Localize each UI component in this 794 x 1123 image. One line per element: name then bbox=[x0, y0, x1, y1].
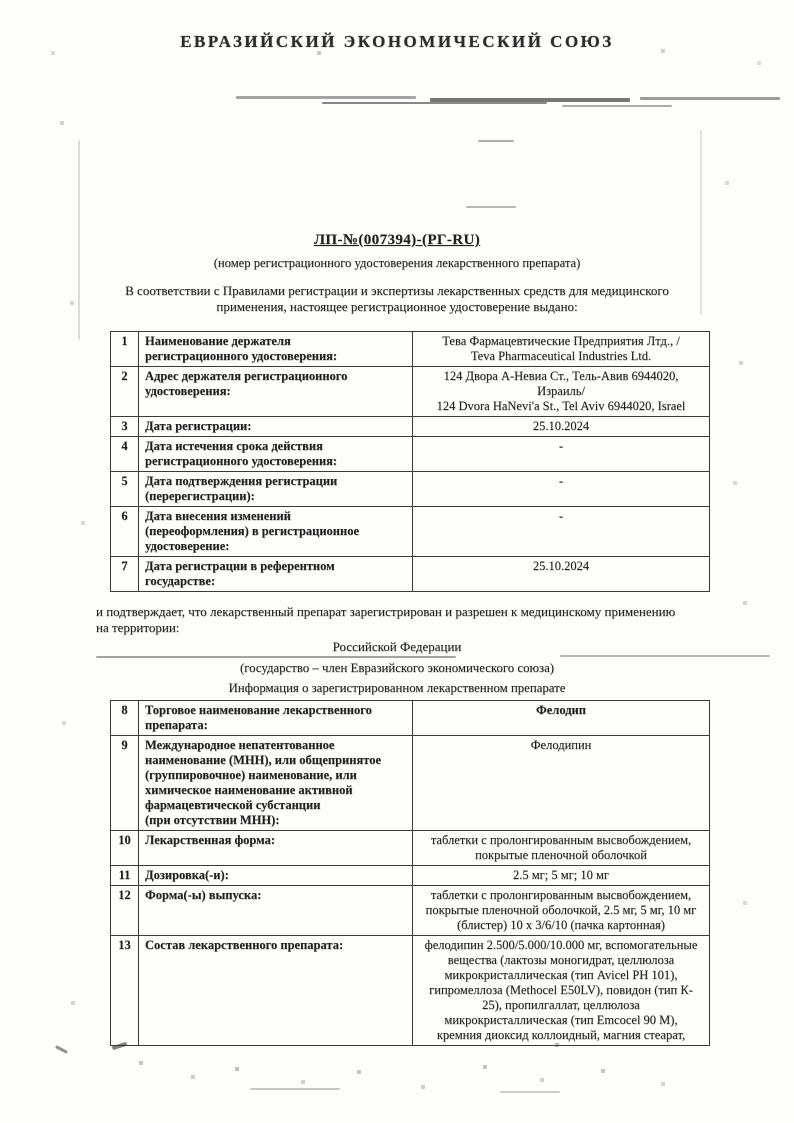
row-number: 2 bbox=[111, 367, 139, 417]
table-row: 5 Дата подтверждения регистрации (перере… bbox=[111, 472, 710, 507]
field-label: Дата подтверждения регистрации (перереги… bbox=[139, 472, 413, 507]
field-value: 2.5 мг; 5 мг; 10 мг bbox=[413, 866, 710, 886]
product-info-table: 8 Торговое наименование лекарственного п… bbox=[110, 700, 710, 1046]
table-row: 12 Форма(-ы) выпуска: таблетки с пролонг… bbox=[111, 886, 710, 936]
row-number: 9 bbox=[111, 736, 139, 831]
table-row: 4 Дата истечения срока действия регистра… bbox=[111, 437, 710, 472]
field-value: таблетки с пролонгированным высвобождени… bbox=[413, 831, 710, 866]
table-row: 9 Международное непатентованное наименов… bbox=[111, 736, 710, 831]
table-row: 11 Дозировка(-и): 2.5 мг; 5 мг; 10 мг bbox=[111, 866, 710, 886]
field-value: Фелодипин bbox=[413, 736, 710, 831]
field-value: 25.10.2024 bbox=[413, 417, 710, 437]
scan-smudge bbox=[236, 96, 416, 99]
scan-smudge bbox=[560, 655, 770, 657]
scan-smudge bbox=[96, 656, 456, 658]
field-value: - bbox=[413, 472, 710, 507]
field-label: Дата регистрации: bbox=[139, 417, 413, 437]
table-row: 2 Адрес держателя регистрационного удост… bbox=[111, 367, 710, 417]
scan-smudge bbox=[250, 1088, 340, 1090]
table-row: 10 Лекарственная форма: таблетки с проло… bbox=[111, 831, 710, 866]
field-label: Наименование держателя регистрационного … bbox=[139, 332, 413, 367]
table-row: 1 Наименование держателя регистрационног… bbox=[111, 332, 710, 367]
row-number: 8 bbox=[111, 701, 139, 736]
row-number: 6 bbox=[111, 507, 139, 557]
row-number: 10 bbox=[111, 831, 139, 866]
field-value: - bbox=[413, 437, 710, 472]
row-number: 13 bbox=[111, 936, 139, 1046]
field-label: Состав лекарственного препарата: bbox=[139, 936, 413, 1046]
table-row: 8 Торговое наименование лекарственного п… bbox=[111, 701, 710, 736]
scan-smudge bbox=[466, 206, 516, 208]
row-number: 5 bbox=[111, 472, 139, 507]
scanned-certificate-page: ЕВРАЗИЙСКИЙ ЭКОНОМИЧЕСКИЙ СОЮЗ ЛП-№(0073… bbox=[0, 0, 794, 1123]
field-label: Дата истечения срока действия регистраци… bbox=[139, 437, 413, 472]
holder-info-table: 1 Наименование держателя регистрационног… bbox=[110, 331, 710, 592]
field-label: Дата внесения изменений (переоформления)… bbox=[139, 507, 413, 557]
field-value: 124 Двора А-Невиа Ст., Тель-Авив 6944020… bbox=[413, 367, 710, 417]
scan-smudge bbox=[430, 98, 630, 102]
field-value: таблетки с пролонгированным высвобождени… bbox=[413, 886, 710, 936]
field-value: Фелодип bbox=[413, 701, 710, 736]
field-value: Тева Фармацевтические Предприятия Лтд., … bbox=[413, 332, 710, 367]
union-header-title: ЕВРАЗИЙСКИЙ ЭКОНОМИЧЕСКИЙ СОЮЗ bbox=[0, 32, 794, 52]
row-number: 1 bbox=[111, 332, 139, 367]
territory-caption: (государство – член Евразийского экономи… bbox=[0, 661, 794, 676]
row-number: 7 bbox=[111, 557, 139, 592]
row-number: 4 bbox=[111, 437, 139, 472]
registration-number: ЛП-№(007394)-(РГ-RU) bbox=[0, 232, 794, 249]
field-value: 25.10.2024 bbox=[413, 557, 710, 592]
table-row: 6 Дата внесения изменений (переоформлени… bbox=[111, 507, 710, 557]
table-row: 13 Состав лекарственного препарата: фело… bbox=[111, 936, 710, 1046]
row-number: 3 bbox=[111, 417, 139, 437]
scan-smudge bbox=[640, 97, 780, 100]
scan-smudge bbox=[562, 105, 672, 107]
field-label: Дозировка(-и): bbox=[139, 866, 413, 886]
info-section-title: Информация о зарегистрированном лекарств… bbox=[0, 681, 794, 696]
scan-smudge bbox=[478, 140, 514, 142]
territory-name: Российской Федерации bbox=[0, 639, 794, 655]
field-label: Лекарственная форма: bbox=[139, 831, 413, 866]
field-label: Международное непатентованное наименован… bbox=[139, 736, 413, 831]
field-label: Форма(-ы) выпуска: bbox=[139, 886, 413, 936]
field-value: - bbox=[413, 507, 710, 557]
table-row: 3 Дата регистрации: 25.10.2024 bbox=[111, 417, 710, 437]
scan-speckles bbox=[0, 0, 2, 2]
registration-number-caption: (номер регистрационного удостоверения ле… bbox=[0, 256, 794, 271]
intro-paragraph: В соответствии с Правилами регистрации и… bbox=[57, 283, 737, 315]
field-label: Дата регистрации в референтном государст… bbox=[139, 557, 413, 592]
field-label: Адрес держателя регистрационного удостов… bbox=[139, 367, 413, 417]
field-label: Торговое наименование лекарственного пре… bbox=[139, 701, 413, 736]
row-number: 11 bbox=[111, 866, 139, 886]
table-row: 7 Дата регистрации в референтном государ… bbox=[111, 557, 710, 592]
row-number: 12 bbox=[111, 886, 139, 936]
confirmation-paragraph: и подтверждает, что лекарственный препар… bbox=[96, 604, 716, 636]
field-value: фелодипин 2.500/5.000/10.000 мг, вспомог… bbox=[413, 936, 710, 1046]
scan-smudge bbox=[500, 1091, 560, 1093]
scan-smudge bbox=[322, 102, 547, 104]
scan-smudge bbox=[55, 1045, 68, 1054]
